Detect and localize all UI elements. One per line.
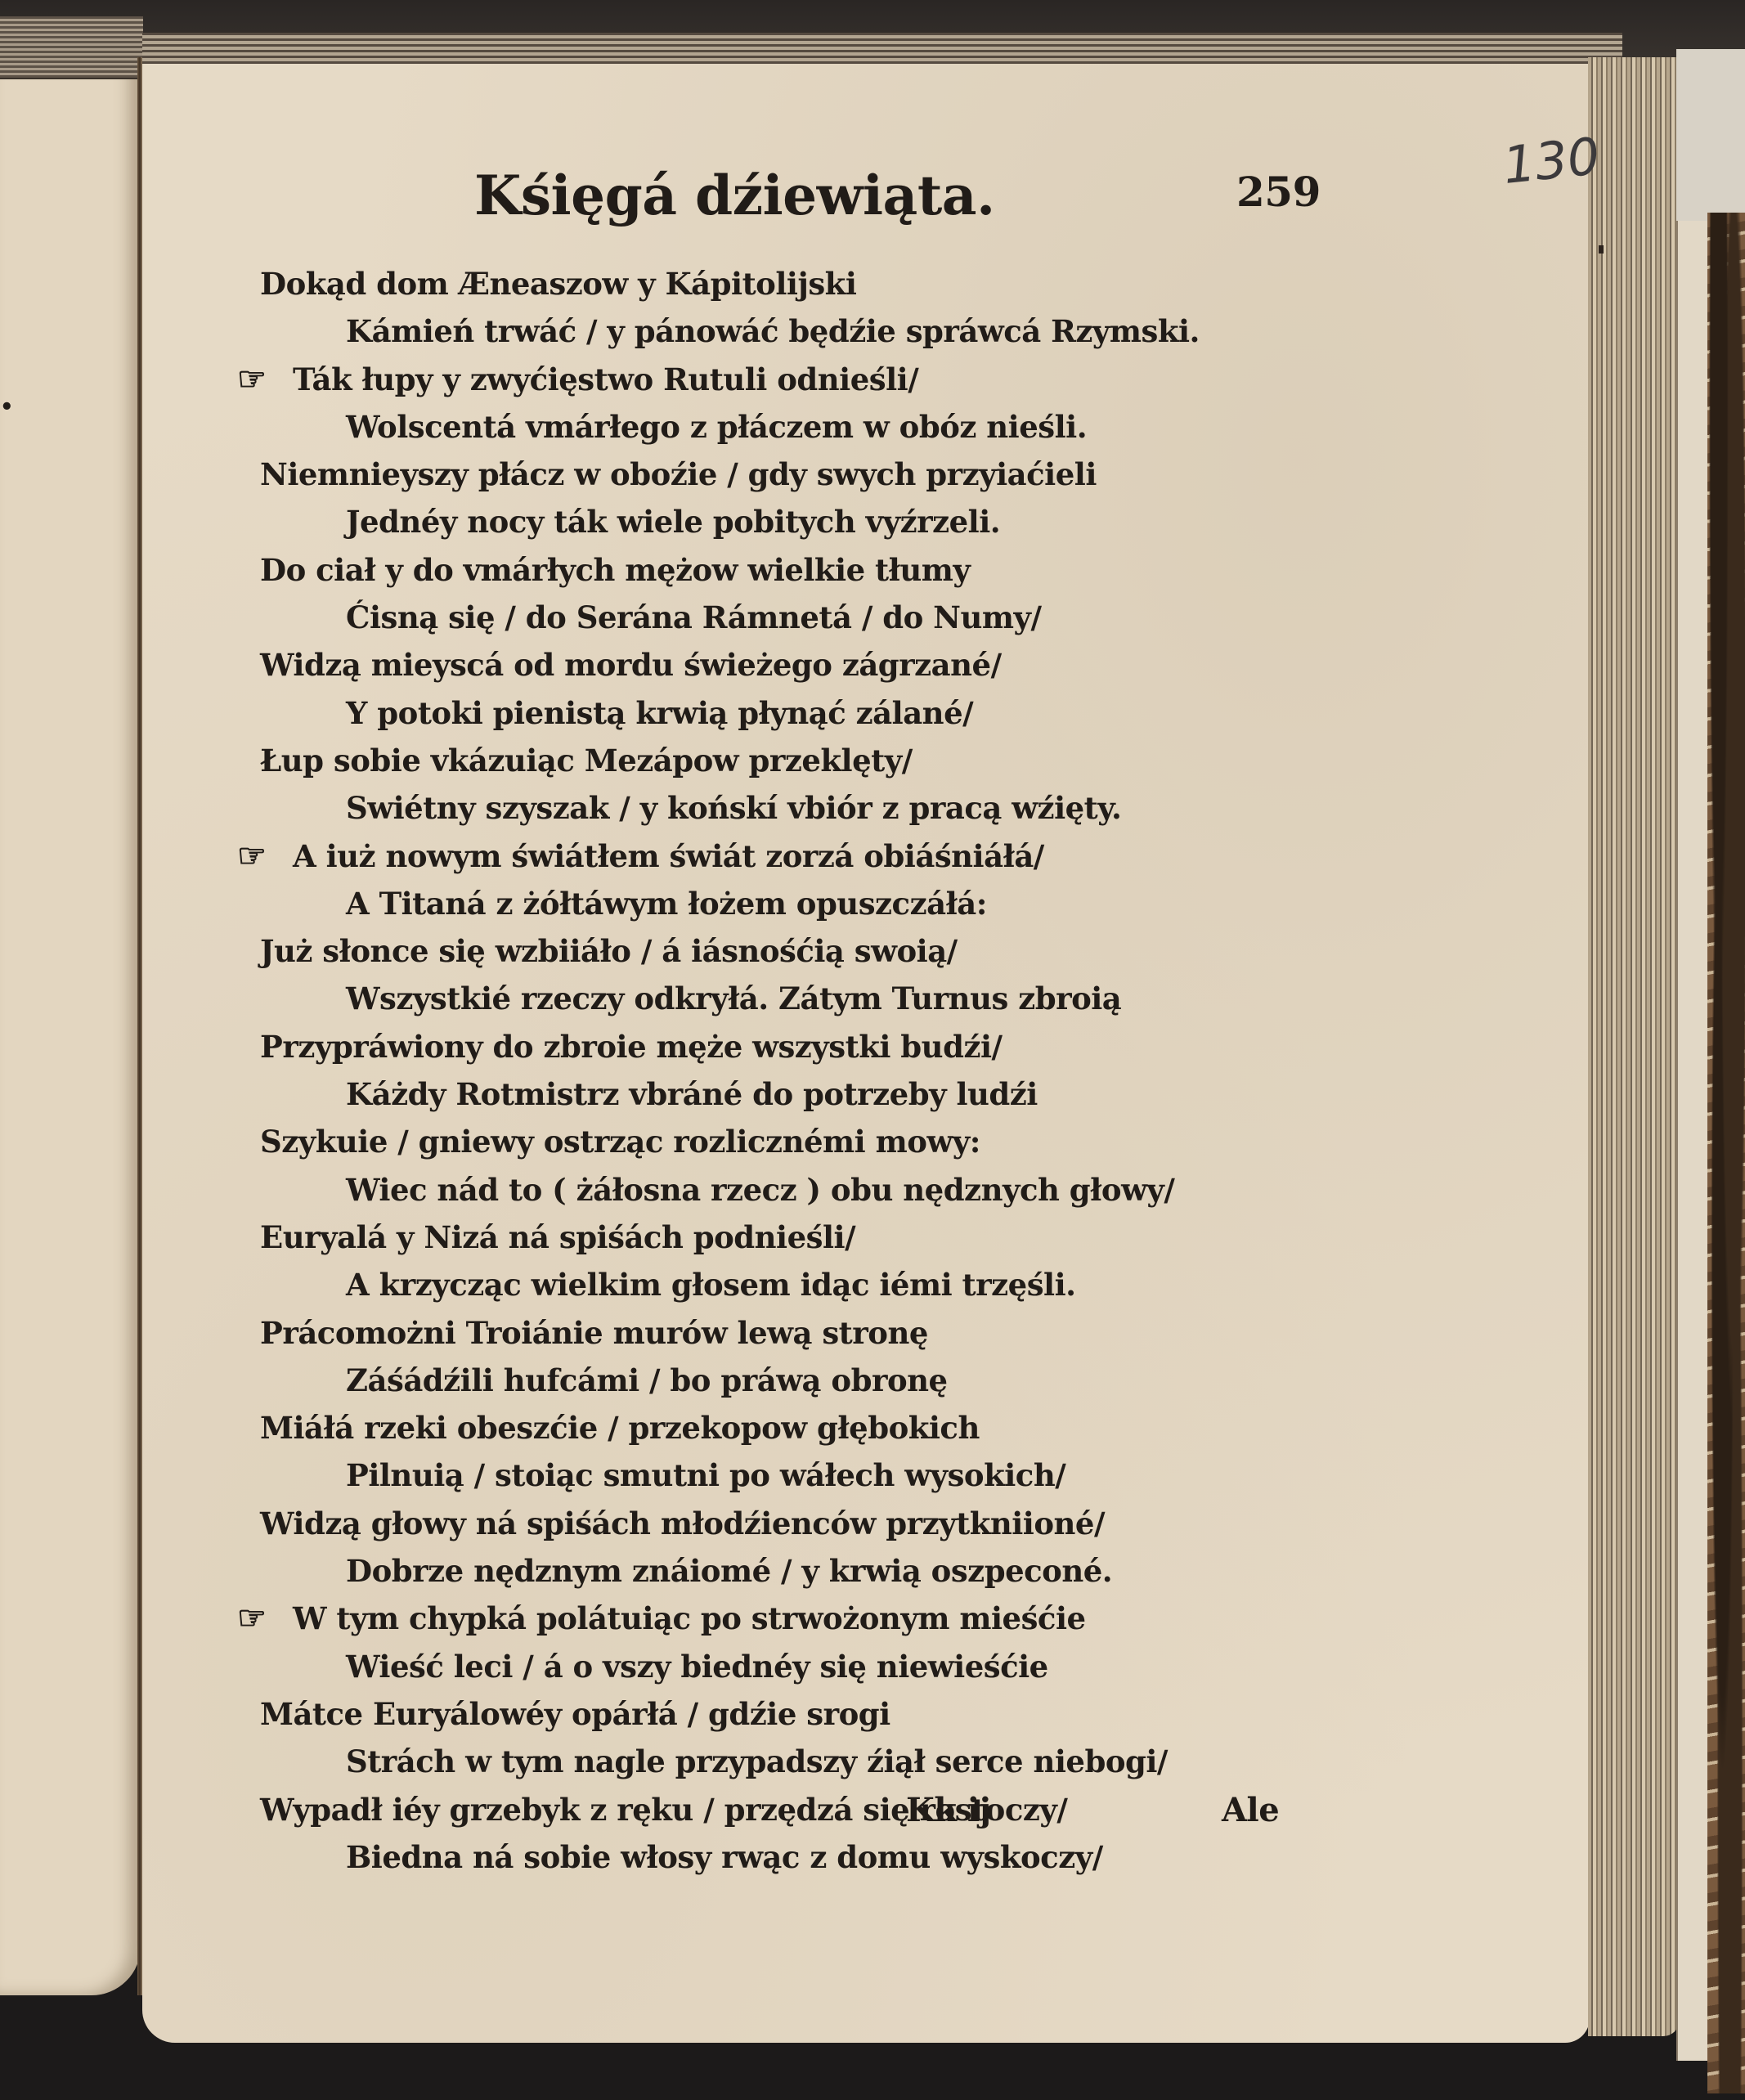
verse-line: Widzą głowy ná spiśách młodźienców przyt… [260, 1500, 1282, 1547]
verse-line: Y potoki pienistą krwią płynąć zálané/ [260, 689, 1282, 737]
verse-text: Wiec nád to ( żáłosna rzecz ) obu nędzny… [346, 1172, 1174, 1208]
verse-line: ☞W tym chypká polátuiąc po strwożonym mi… [260, 1595, 1282, 1642]
verse-line: Dokąd dom Æneaszow y Kápitolijski [260, 260, 1282, 307]
verse-text: Swiétny szyszak / y końskí vbiór z pracą… [346, 790, 1121, 826]
verse-line: Niemnieyszy płácz w oboźie / gdy swych p… [260, 451, 1282, 498]
left-page-edge [0, 57, 141, 1995]
verse-line: Pilnuią / stoiąc smutni po wáłech wysoki… [260, 1452, 1282, 1499]
verse-line: Prácomożni Troiánie murów lewą stronę [260, 1309, 1282, 1357]
verse-text: W tym chypká polátuiąc po strwożonym mie… [293, 1600, 1086, 1636]
verse-text: Pilnuią / stoiąc smutni po wáłech wysoki… [346, 1457, 1065, 1493]
verse-text: Wieść leci / á o vszy biednéy się niewie… [346, 1649, 1048, 1685]
verse-text: Do ciał y do vmárłych mężow wielkie tłum… [260, 552, 970, 588]
verse-text: Strách w tym nagle przypadszy źiął serce… [346, 1743, 1168, 1779]
verse-line: Wolscentá vmárłego z płáczem w obóz nieś… [260, 403, 1282, 451]
verse-line: Jednéy nocy ták wiele pobitych vyźrzeli. [260, 498, 1282, 545]
marbled-cover [1707, 213, 1745, 2093]
verse-line: Strách w tym nagle przypadszy źiął serce… [260, 1738, 1282, 1785]
verse-text: Jednéy nocy ták wiele pobitych vyźrzeli. [346, 504, 1000, 540]
verse-text: Widzą głowy ná spiśách młodźienców przyt… [260, 1505, 1105, 1541]
verse-text: A krzycząc wielkim głosem idąc iémi trzę… [346, 1267, 1076, 1303]
page-number: 259 [1236, 168, 1321, 216]
cover-edge [1676, 49, 1711, 2061]
verse-line: Wiec nád to ( żáłosna rzecz ) obu nędzny… [260, 1166, 1282, 1214]
verse-line: Záśádźili hufcámi / bo práwą obronę [260, 1357, 1282, 1404]
verse-line: Wieść leci / á o vszy biednéy się niewie… [260, 1643, 1282, 1690]
catchword: Ale [1222, 1791, 1279, 1829]
manicule-icon: ☞ [237, 1595, 266, 1642]
verse-line: Dobrze nędznym znáiomé / y krwią oszpeco… [260, 1547, 1282, 1595]
verse-line: Do ciał y do vmárłych mężow wielkie tłum… [260, 546, 1282, 594]
verse-line: ☞A iuż nowym świátłem świát zorzá obiáśn… [260, 832, 1282, 880]
verse-text: Miáłá rzeki obeszćie / przekopow głęboki… [260, 1410, 980, 1446]
verse-line: Łup sobie vkázuiąc Mezápow przeklęty/ [260, 737, 1282, 784]
verse-text: Ták łupy y zwyćięstwo Rutuli odnieśli/ [293, 361, 918, 397]
verse-text: Y potoki pienistą krwią płynąć zálané/ [346, 695, 973, 731]
verse-text: Kámień trwáć / y pánowáć będźie spráwcá … [346, 313, 1200, 349]
verse-line: Wypadł iéy grzebyk z ręku / przędzá się … [260, 1786, 1282, 1833]
verse-text: Mátce Euryálowéy opárłá / gdźie srogi [260, 1696, 890, 1732]
left-page-top-edge [0, 16, 143, 79]
verse-text: Káżdy Rotmistrz vbráné do potrzeby ludźi [346, 1076, 1038, 1112]
verse-line: A Titaná z żółtáwym łożem opuszczáłá: [260, 880, 1282, 927]
verse-line: Káżdy Rotmistrz vbráné do potrzeby ludźi [260, 1070, 1282, 1118]
verse-text: Wolscentá vmárłego z płáczem w obóz nieś… [346, 409, 1087, 445]
verse-text: Niemnieyszy płácz w oboźie / gdy swych p… [260, 456, 1097, 492]
verse-text: Prácomożni Troiánie murów lewą stronę [260, 1315, 928, 1351]
cover-top [1676, 49, 1745, 221]
verse-line: Szykuie / gniewy ostrząc rozlicznémi mow… [260, 1118, 1282, 1165]
page-stack-edge [1588, 57, 1680, 2036]
verse-text: A iuż nowym świátłem świát zorzá obiáśni… [293, 838, 1044, 874]
verse-text: Euryalá y Nizá ná spiśách podnieśli/ [260, 1219, 855, 1255]
verse-block: Dokąd dom Æneaszow y KápitolijskiKámień … [260, 260, 1282, 1881]
verse-line: Przypráwiony do zbroie męże wszystki bud… [260, 1023, 1282, 1070]
verse-line: Kámień trwáć / y pánowáć będźie spráwcá … [260, 307, 1282, 355]
verse-text: Szykuie / gniewy ostrząc rozlicznémi mow… [260, 1124, 980, 1160]
gutter [137, 57, 142, 1995]
verse-line: Już słonce się wzbiiáło / á iásnośćią sw… [260, 927, 1282, 975]
verse-line: Ćisną się / do Serána Rámnetá / do Numy/ [260, 594, 1282, 641]
signature-mark: Kk ij [906, 1791, 991, 1829]
verse-text: Wszystkié rzeczy odkryłá. Zátym Turnus z… [346, 980, 1121, 1016]
verse-text: Łup sobie vkázuiąc Mezápow przeklęty/ [260, 743, 913, 779]
left-page-bleed-mark: • [0, 399, 11, 415]
manicule-icon: ☞ [237, 356, 266, 403]
verse-text: Biedna ná sobie włosy rwąc z domu wyskoc… [346, 1839, 1103, 1875]
verse-text: Záśádźili hufcámi / bo práwą obronę [346, 1362, 948, 1398]
handwritten-folio-number: 130 [1501, 126, 1603, 195]
verse-line: ☞Ták łupy y zwyćięstwo Rutuli odnieśli/ [260, 356, 1282, 403]
verse-line: Widzą mieyscá od mordu świeżego zágrzané… [260, 641, 1282, 689]
verse-line: Euryalá y Nizá ná spiśách podnieśli/ [260, 1214, 1282, 1261]
verse-text: Dobrze nędznym znáiomé / y krwią oszpeco… [346, 1553, 1112, 1589]
running-head: Kśięgá dźiewiąta. [474, 164, 995, 227]
verse-line: A krzycząc wielkim głosem idąc iémi trzę… [260, 1261, 1282, 1308]
verse-text: Przypráwiony do zbroie męże wszystki bud… [260, 1029, 1003, 1065]
verse-text: Dokąd dom Æneaszow y Kápitolijski [260, 266, 856, 302]
verse-line: Swiétny szyszak / y końskí vbiór z pracą… [260, 784, 1282, 832]
verse-line: Wszystkié rzeczy odkryłá. Zátym Turnus z… [260, 975, 1282, 1022]
verse-text: Już słonce się wzbiiáło / á iásnośćią sw… [260, 933, 958, 969]
verse-text: Ćisną się / do Serána Rámnetá / do Numy/ [346, 599, 1042, 635]
verse-text: Widzą mieyscá od mordu świeżego zágrzané… [260, 647, 1002, 683]
verse-line: Biedna ná sobie włosy rwąc z domu wyskoc… [260, 1833, 1282, 1881]
manicule-icon: ☞ [237, 832, 266, 880]
ink-mark [1599, 245, 1604, 254]
verse-line: Mátce Euryálowéy opárłá / gdźie srogi [260, 1690, 1282, 1738]
verse-line: Miáłá rzeki obeszćie / przekopow głęboki… [260, 1404, 1282, 1452]
verse-text: A Titaná z żółtáwym łożem opuszczáłá: [346, 886, 987, 922]
